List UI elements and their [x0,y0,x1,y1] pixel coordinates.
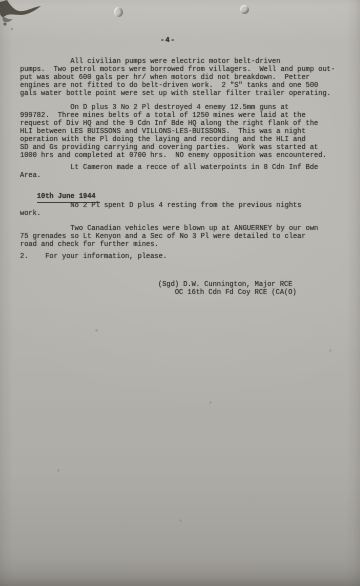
paragraph-mine-laying: On D plus 3 No 2 Pl destroyed 4 enemy 12… [20,104,346,160]
paragraph-civilian-pumps: All civilian pumps were electric motor b… [20,58,346,98]
item-for-information: 2. For your information, please. [20,253,346,261]
ink-smudge [0,0,70,42]
scanned-document-page: -4- All civilian pumps were electric mot… [0,0,360,586]
punch-hole-left [113,6,124,18]
page-number: -4- [0,37,336,45]
signature-block: (Sgd) D.W. Cunnington, Major RCE OC 16th… [158,281,358,297]
paragraph-waterpoint-recce: Lt Cameron made a recce of all waterpoin… [20,164,346,180]
paper-specks [0,0,1,1]
punch-hole-right [239,4,249,14]
paragraph-vehicles-blown: Two Canadian vehicles were blown up at A… [20,225,346,249]
paragraph-resting: No 2 Pl spent D plus 4 resting from the … [20,202,346,218]
